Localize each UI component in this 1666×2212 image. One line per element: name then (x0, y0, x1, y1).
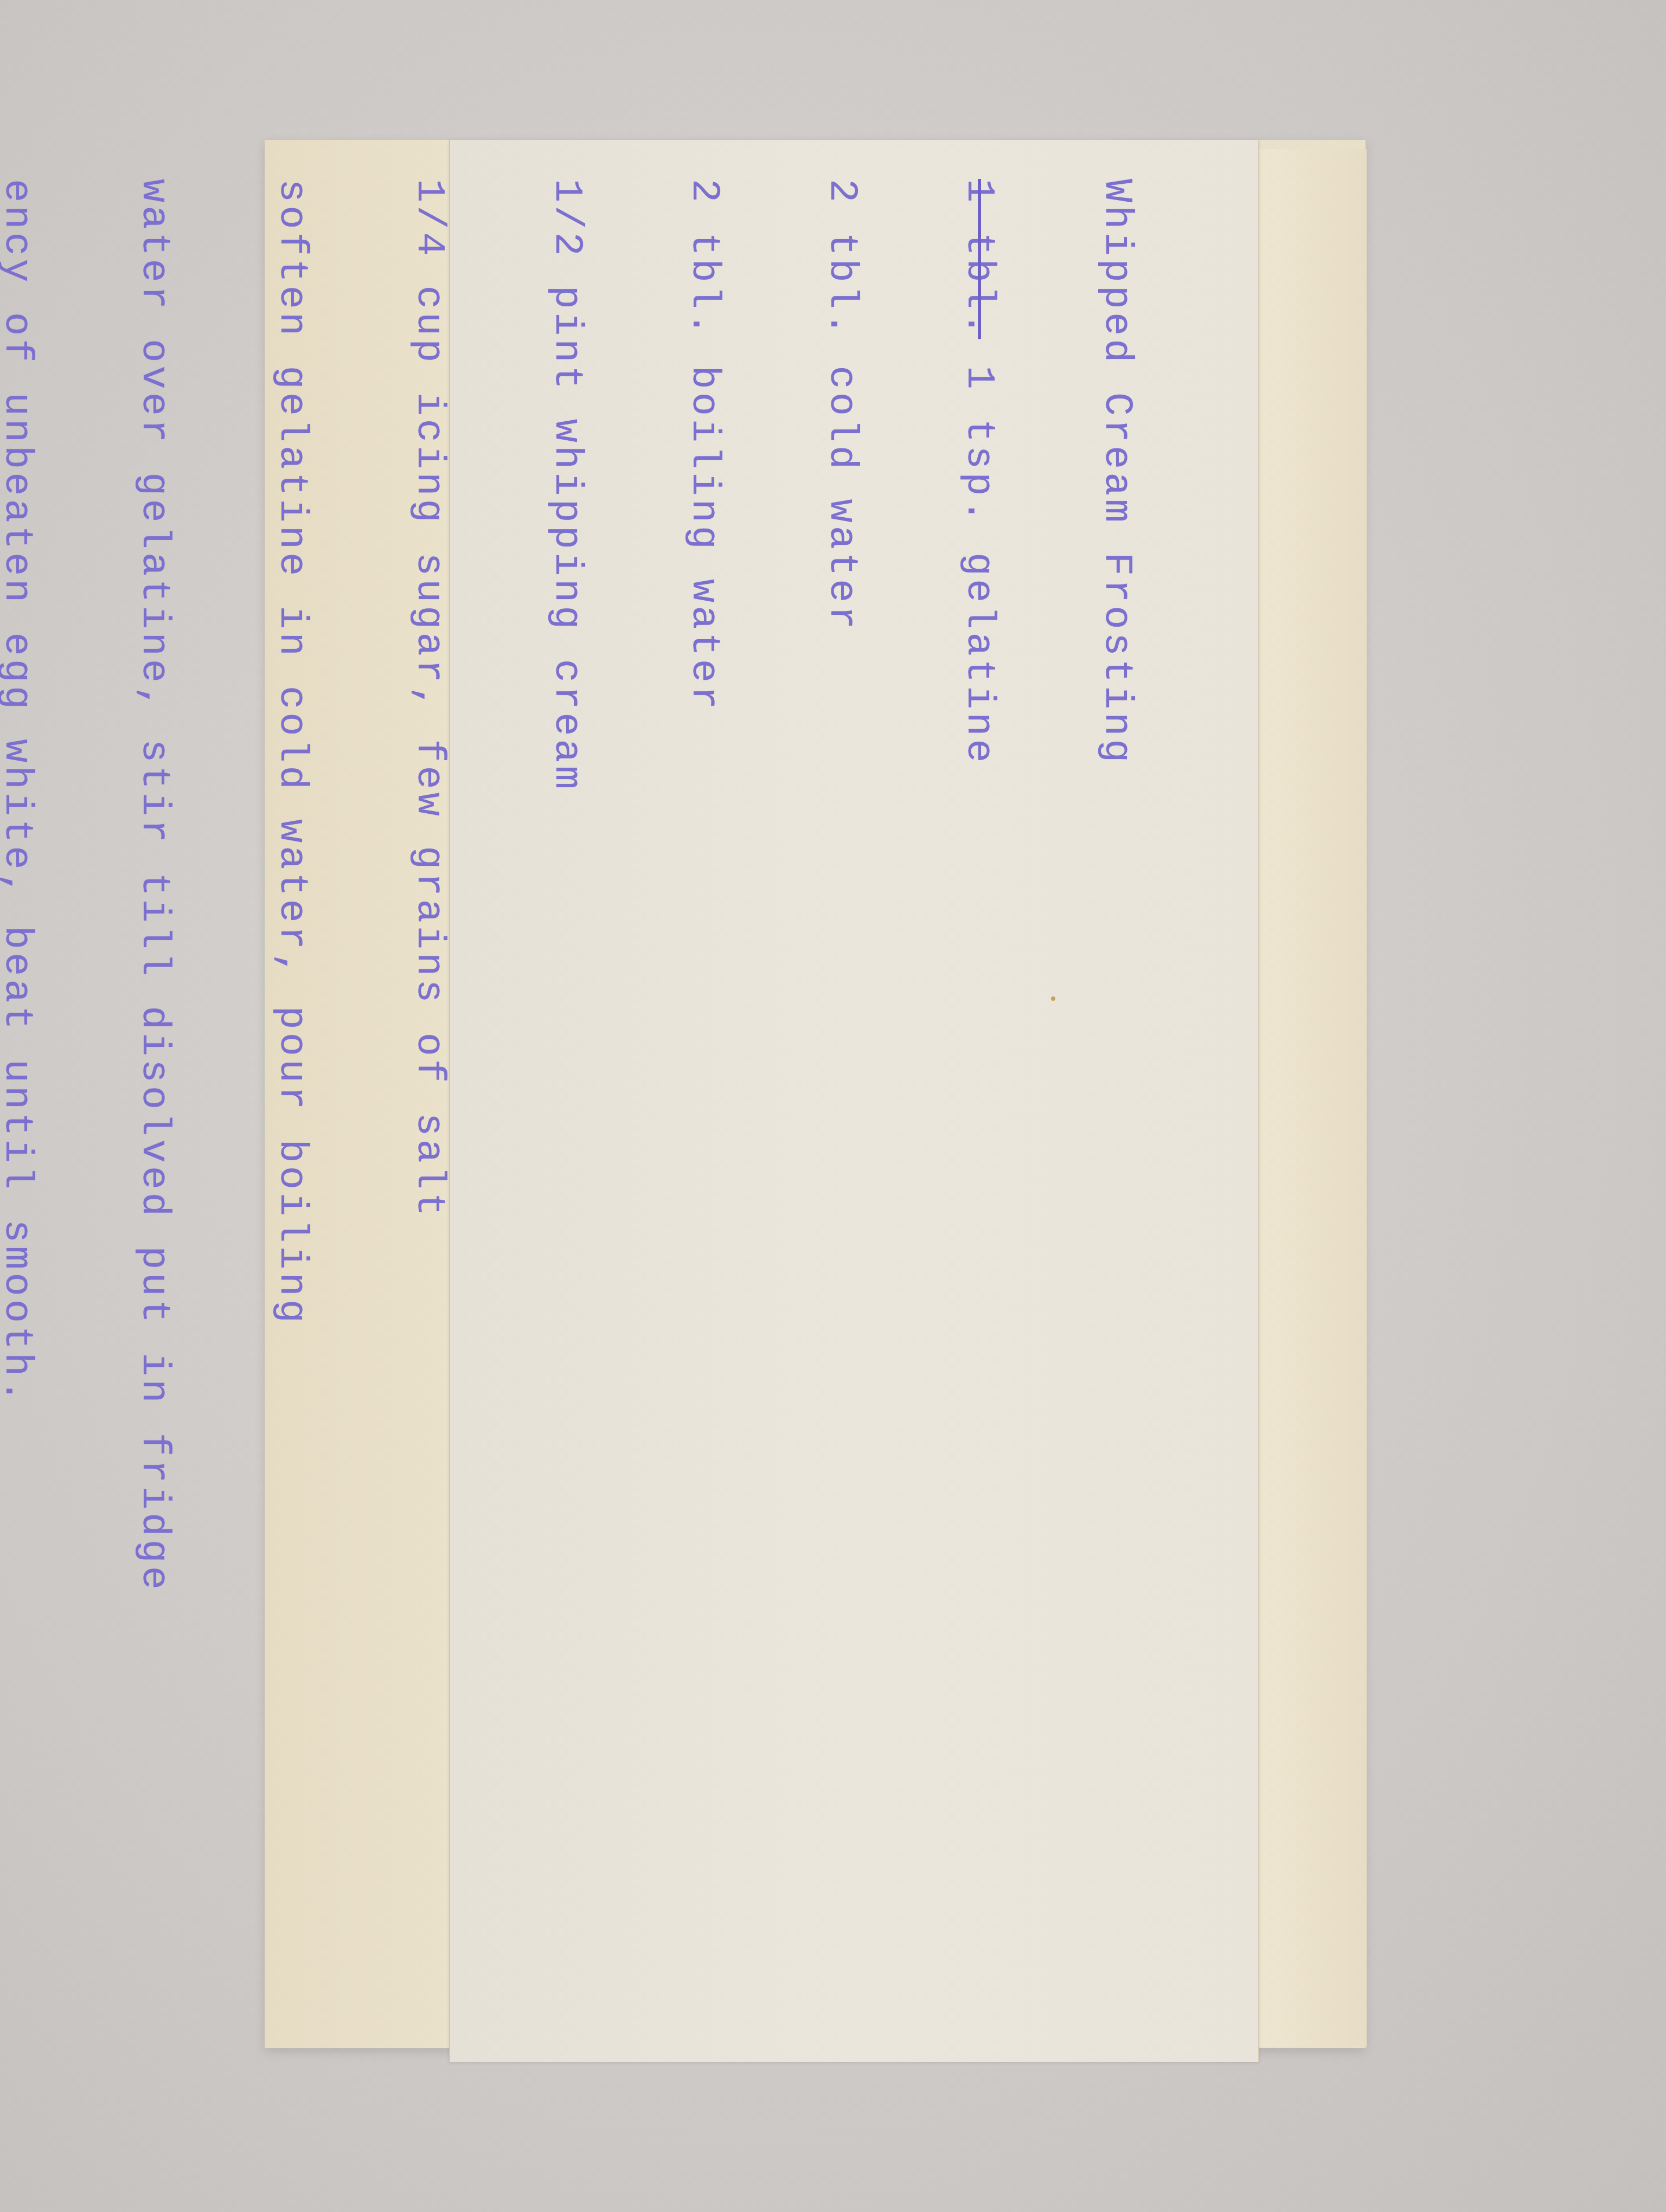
ingredient-line: 2 tbl. cold water (819, 179, 865, 1593)
ingredient-line: 2 tbl. boiling water (681, 179, 727, 1593)
instruction-line: soften gelatine in cold water, pour boil… (269, 179, 315, 1593)
ingredient-line: 1/4 cup icing sugar, few grains of salt (406, 179, 452, 1593)
instruction-line: ency of unbeaten egg white, beat until s… (0, 179, 40, 1593)
instruction-line: water over gelatine, stir till disolved … (131, 179, 177, 1593)
card-fold-right (1253, 149, 1367, 2047)
ingredient-line: 1 tbl. 1 tsp. gelatine (956, 179, 1002, 1593)
recipe-title: Whipped Cream Frosting (1094, 179, 1140, 1593)
recipe-text: Whipped Cream Frosting 1 tbl. 1 tsp. gel… (0, 179, 1231, 1593)
paper-speck (1051, 996, 1055, 1001)
ingredient-line: 1/2 pint whipping cream (544, 179, 590, 1593)
struck-out-text: 1 tbl. (957, 179, 1002, 339)
